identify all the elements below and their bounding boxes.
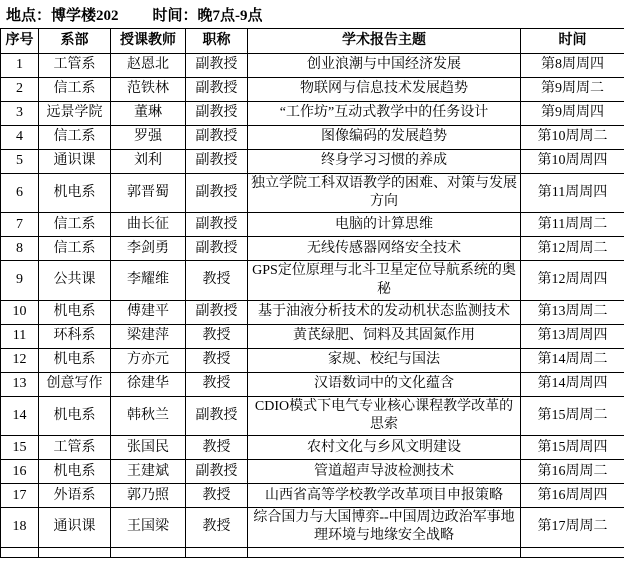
cell-no: 1 (1, 54, 39, 78)
cell-topic: 基于油液分析技术的发动机状态监测技术 (248, 300, 521, 324)
cell-time: 第14周周二 (521, 348, 624, 372)
cell-title: 副教授 (186, 54, 248, 78)
session-time-text: 时间：晚7点-9点 (153, 4, 263, 25)
cell-topic: “工作坊”互动式教学中的任务设计 (248, 102, 521, 126)
table-row: 18通识课王国梁教授综合国力与大国博弈--中国周边政治军事地理环境与地缘安全战略… (1, 508, 624, 547)
cell-time: 第16周周二 (521, 460, 624, 484)
cell-title: 副教授 (186, 300, 248, 324)
cell-department: 机电系 (39, 396, 111, 435)
cell-time: 第13周周四 (521, 324, 624, 348)
cell-topic: 汉语数词中的文化蕴含 (248, 372, 521, 396)
cell-teacher: 王建斌 (111, 460, 186, 484)
cell-teacher: 郭晋蜀 (111, 174, 186, 213)
cell-no: 6 (1, 174, 39, 213)
table-row: 13创意写作徐建华教授汉语数词中的文化蕴含第14周周四 (1, 372, 624, 396)
cell-time: 第14周周四 (521, 372, 624, 396)
cell-no: 10 (1, 300, 39, 324)
cell-no: 8 (1, 237, 39, 261)
table-body: 1工管系赵恩北副教授创业浪潮与中国经济发展第8周周四2信工系范铁林副教授物联网与… (1, 54, 624, 558)
cell-topic: 图像编码的发展趋势 (248, 126, 521, 150)
cell-time: 第15周周二 (521, 396, 624, 435)
cell-no: 3 (1, 102, 39, 126)
cell-no: 16 (1, 460, 39, 484)
cell-department: 外语系 (39, 484, 111, 508)
cell-time: 第10周周四 (521, 150, 624, 174)
cutoff-cell (39, 547, 111, 557)
cell-title: 副教授 (186, 102, 248, 126)
cell-department: 远景学院 (39, 102, 111, 126)
cell-time: 第12周周二 (521, 237, 624, 261)
cutoff-cell (186, 547, 248, 557)
cell-department: 工管系 (39, 436, 111, 460)
cell-department: 机电系 (39, 300, 111, 324)
cell-time: 第9周周四 (521, 102, 624, 126)
table-row: 5通识课刘利副教授终身学习习惯的养成第10周周四 (1, 150, 624, 174)
cell-department: 通识课 (39, 150, 111, 174)
cell-time: 第10周周二 (521, 126, 624, 150)
cell-department: 机电系 (39, 174, 111, 213)
cell-title: 教授 (186, 324, 248, 348)
cell-no: 13 (1, 372, 39, 396)
cell-topic: 终身学习习惯的养成 (248, 150, 521, 174)
cell-department: 公共课 (39, 261, 111, 300)
cell-teacher: 刘利 (111, 150, 186, 174)
cell-no: 5 (1, 150, 39, 174)
cutoff-row (1, 547, 624, 557)
cell-time: 第13周周二 (521, 300, 624, 324)
cell-no: 17 (1, 484, 39, 508)
cell-title: 教授 (186, 372, 248, 396)
cell-time: 第8周周四 (521, 54, 624, 78)
cell-teacher: 郭乃照 (111, 484, 186, 508)
table-row: 3远景学院董琳副教授“工作坊”互动式教学中的任务设计第9周周四 (1, 102, 624, 126)
lecture-schedule-table: 序号 系部 授课教师 职称 学术报告主题 时间 1工管系赵恩北副教授创业浪潮与中… (0, 28, 624, 558)
cell-no: 4 (1, 126, 39, 150)
cell-title: 副教授 (186, 174, 248, 213)
cell-time: 第17周周二 (521, 508, 624, 547)
cell-teacher: 梁建萍 (111, 324, 186, 348)
col-header-time: 时间 (521, 29, 624, 54)
cell-teacher: 范铁林 (111, 78, 186, 102)
table-row: 17外语系郭乃照教授山西省高等学校教学改革项目申报策略第16周周四 (1, 484, 624, 508)
cell-no: 11 (1, 324, 39, 348)
cell-title: 教授 (186, 484, 248, 508)
cutoff-cell (248, 547, 521, 557)
cell-title: 副教授 (186, 396, 248, 435)
cell-no: 9 (1, 261, 39, 300)
cell-department: 环科系 (39, 324, 111, 348)
cell-time: 第12周周四 (521, 261, 624, 300)
table-row: 12机电系方亦元教授家规、校纪与国法第14周周二 (1, 348, 624, 372)
cell-title: 副教授 (186, 213, 248, 237)
cell-department: 创意写作 (39, 372, 111, 396)
cutoff-cell (1, 547, 39, 557)
table-row: 9公共课李耀维教授GPS定位原理与北斗卫星定位导航系统的奥秘第12周周四 (1, 261, 624, 300)
cell-title: 副教授 (186, 150, 248, 174)
cell-topic: 农村文化与乡风文明建设 (248, 436, 521, 460)
cell-teacher: 赵恩北 (111, 54, 186, 78)
cell-teacher: 张国民 (111, 436, 186, 460)
cell-topic: 独立学院工科双语教学的困难、对策与发展方向 (248, 174, 521, 213)
cell-teacher: 傅建平 (111, 300, 186, 324)
cell-title: 副教授 (186, 126, 248, 150)
col-header-teacher: 授课教师 (111, 29, 186, 54)
table-row: 16机电系王建斌副教授管道超声导波检测技术第16周周二 (1, 460, 624, 484)
cell-title: 教授 (186, 436, 248, 460)
cell-teacher: 董琳 (111, 102, 186, 126)
cell-department: 通识课 (39, 508, 111, 547)
cell-topic: 管道超声导波检测技术 (248, 460, 521, 484)
cutoff-cell (521, 547, 624, 557)
table-row: 11环科系梁建萍教授黄芪绿肥、饲料及其固氮作用第13周周四 (1, 324, 624, 348)
col-header-topic: 学术报告主题 (248, 29, 521, 54)
cell-no: 14 (1, 396, 39, 435)
col-header-department: 系部 (39, 29, 111, 54)
cell-topic: 无线传感器网络安全技术 (248, 237, 521, 261)
cell-teacher: 曲长征 (111, 213, 186, 237)
cell-topic: 电脑的计算思维 (248, 213, 521, 237)
table-row: 2信工系范铁林副教授物联网与信息技术发展趋势第9周周二 (1, 78, 624, 102)
cell-topic: 创业浪潮与中国经济发展 (248, 54, 521, 78)
cell-title: 副教授 (186, 78, 248, 102)
cell-title: 副教授 (186, 237, 248, 261)
cell-department: 信工系 (39, 78, 111, 102)
cell-time: 第11周周二 (521, 213, 624, 237)
cell-title: 副教授 (186, 460, 248, 484)
cell-time: 第15周周四 (521, 436, 624, 460)
col-header-no: 序号 (1, 29, 39, 54)
cell-department: 信工系 (39, 213, 111, 237)
col-header-title: 职称 (186, 29, 248, 54)
table-row: 6机电系郭晋蜀副教授独立学院工科双语教学的困难、对策与发展方向第11周周四 (1, 174, 624, 213)
cell-title: 教授 (186, 261, 248, 300)
cell-teacher: 李剑勇 (111, 237, 186, 261)
cell-time: 第9周周二 (521, 78, 624, 102)
cell-teacher: 王国梁 (111, 508, 186, 547)
lecture-schedule-page: 地点：博学楼202 时间：晚7点-9点 序号 系部 授课教师 职称 学术报告主题… (0, 0, 624, 575)
table-row: 14机电系韩秋兰副教授CDIO模式下电气专业核心课程教学改革的思索第15周周二 (1, 396, 624, 435)
table-row: 1工管系赵恩北副教授创业浪潮与中国经济发展第8周周四 (1, 54, 624, 78)
table-row: 7信工系曲长征副教授电脑的计算思维第11周周二 (1, 213, 624, 237)
cell-teacher: 李耀维 (111, 261, 186, 300)
cell-department: 工管系 (39, 54, 111, 78)
cell-teacher: 徐建华 (111, 372, 186, 396)
cell-topic: 综合国力与大国博弈--中国周边政治军事地理环境与地缘安全战略 (248, 508, 521, 547)
cell-no: 15 (1, 436, 39, 460)
cell-topic: 山西省高等学校教学改革项目申报策略 (248, 484, 521, 508)
table-row: 4信工系罗强副教授图像编码的发展趋势第10周周二 (1, 126, 624, 150)
cell-topic: CDIO模式下电气专业核心课程教学改革的思索 (248, 396, 521, 435)
cell-topic: 家规、校纪与国法 (248, 348, 521, 372)
cell-department: 机电系 (39, 348, 111, 372)
cell-department: 信工系 (39, 237, 111, 261)
table-row: 15工管系张国民教授农村文化与乡风文明建设第15周周四 (1, 436, 624, 460)
cell-teacher: 罗强 (111, 126, 186, 150)
cell-department: 信工系 (39, 126, 111, 150)
cell-no: 12 (1, 348, 39, 372)
cell-title: 教授 (186, 348, 248, 372)
cell-time: 第11周周四 (521, 174, 624, 213)
cell-topic: 物联网与信息技术发展趋势 (248, 78, 521, 102)
cell-no: 7 (1, 213, 39, 237)
cell-topic: GPS定位原理与北斗卫星定位导航系统的奥秘 (248, 261, 521, 300)
table-row: 10机电系傅建平副教授基于油液分析技术的发动机状态监测技术第13周周二 (1, 300, 624, 324)
page-title: 地点：博学楼202 时间：晚7点-9点 (0, 0, 624, 28)
cutoff-cell (111, 547, 186, 557)
cell-teacher: 韩秋兰 (111, 396, 186, 435)
table-header-row: 序号 系部 授课教师 职称 学术报告主题 时间 (1, 29, 624, 54)
cell-topic: 黄芪绿肥、饲料及其固氮作用 (248, 324, 521, 348)
cell-department: 机电系 (39, 460, 111, 484)
cell-title: 教授 (186, 508, 248, 547)
cell-teacher: 方亦元 (111, 348, 186, 372)
cell-time: 第16周周四 (521, 484, 624, 508)
cell-no: 2 (1, 78, 39, 102)
location-text: 地点：博学楼202 (6, 4, 119, 25)
cell-no: 18 (1, 508, 39, 547)
table-row: 8信工系李剑勇副教授无线传感器网络安全技术第12周周二 (1, 237, 624, 261)
